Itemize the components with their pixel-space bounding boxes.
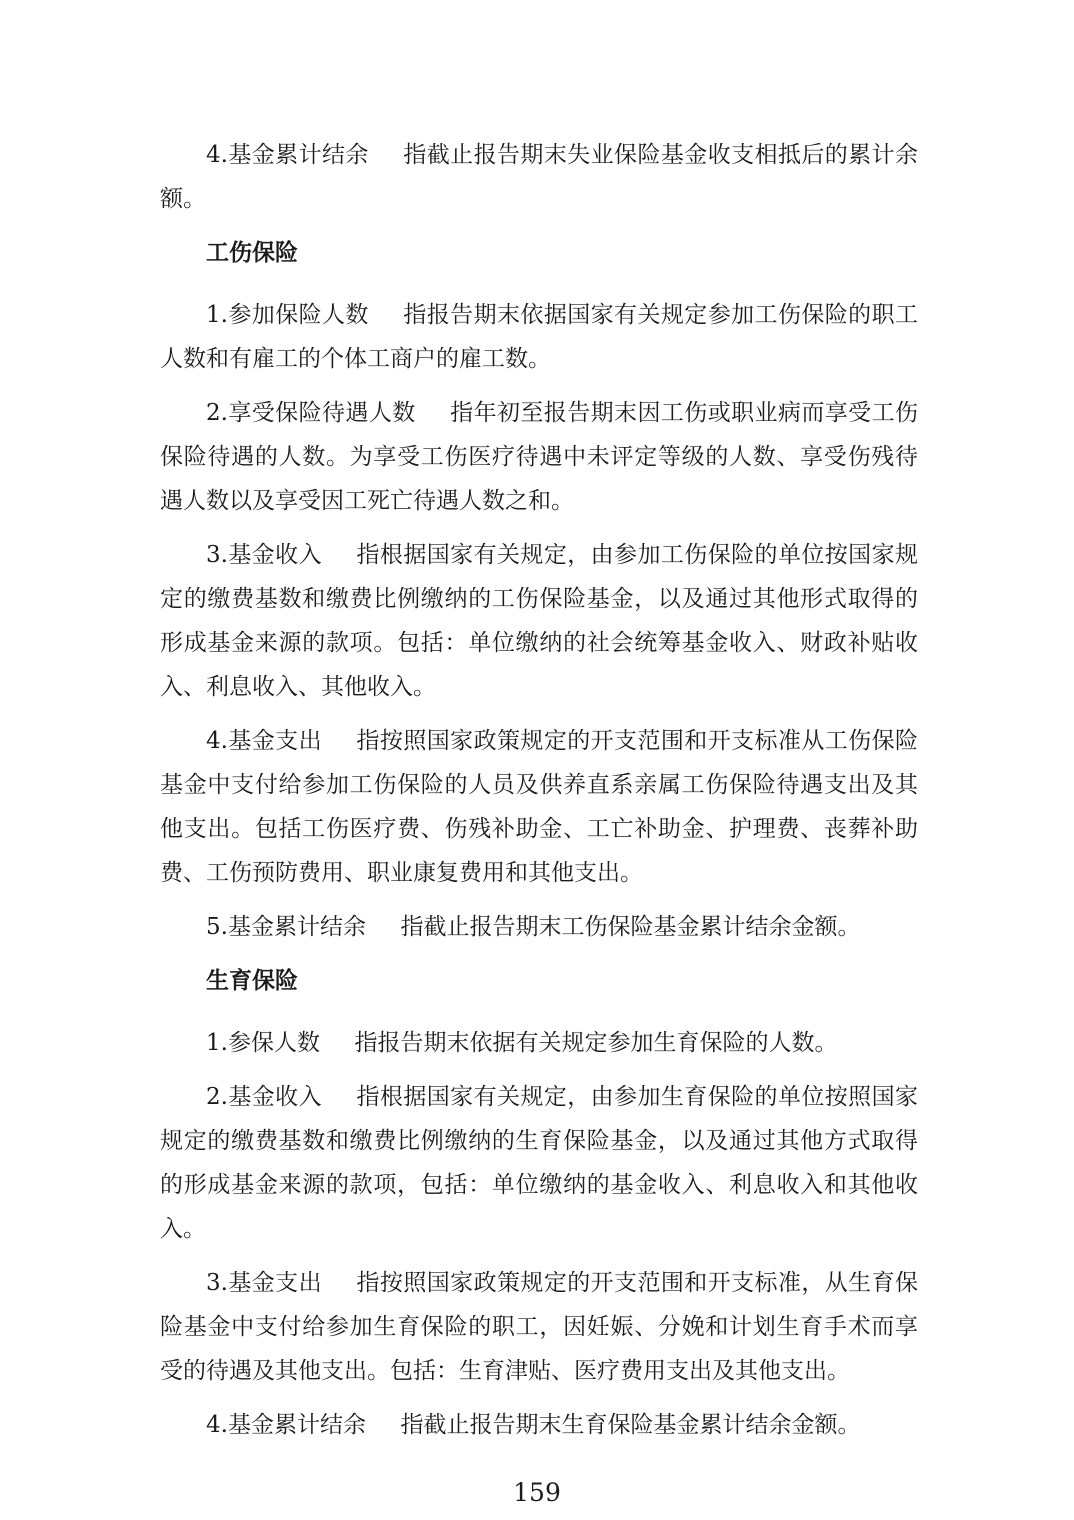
definition-paragraph: 3.基金收入指根据国家有关规定，由参加工伤保险的单位按国家规定的缴费基数和缴费比… (160, 533, 918, 709)
definition-text: 指截止报告期末生育保险基金累计结余金额。 (400, 1412, 860, 1438)
term-label: 5.基金累计结余 (206, 914, 366, 940)
term-label: 1.参加保险人数 (206, 302, 369, 328)
term-label: 3.基金支出 (206, 1270, 322, 1296)
term-label: 4.基金支出 (206, 728, 322, 754)
definition-paragraph: 2.享受保险待遇人数指年初至报告期末因工伤或职业病而享受工伤保险待遇的人数。为享… (160, 391, 918, 523)
term-label: 3.基金收入 (206, 542, 322, 568)
term-label: 4.基金累计结余 (206, 142, 369, 168)
intro-paragraph: 4.基金累计结余指截止报告期末失业保险基金收支相抵后的累计余额。 (160, 133, 918, 221)
definition-text: 指报告期末依据有关规定参加生育保险的人数。 (354, 1030, 837, 1056)
definition-text: 指截止报告期末工伤保险基金累计结余金额。 (400, 914, 860, 940)
definition-paragraph: 4.基金支出指按照国家政策规定的开支范围和开支标准从工伤保险基金中支付给参加工伤… (160, 719, 918, 895)
definition-paragraph: 3.基金支出指按照国家政策规定的开支范围和开支标准，从生育保险基金中支付给参加生… (160, 1261, 918, 1393)
definition-paragraph: 1.参保人数指报告期末依据有关规定参加生育保险的人数。 (160, 1021, 918, 1065)
page: { "page": { "background": "#ffffff", "te… (0, 0, 1074, 1520)
term-label: 2.享受保险待遇人数 (206, 400, 416, 426)
term-label: 2.基金收入 (206, 1084, 322, 1110)
section-heading-maternity-insurance: 生育保险 (160, 959, 918, 1003)
section-heading-work-injury-insurance: 工伤保险 (160, 231, 918, 275)
definition-paragraph: 2.基金收入指根据国家有关规定，由参加生育保险的单位按照国家规定的缴费基数和缴费… (160, 1075, 918, 1251)
document-body: 4.基金累计结余指截止报告期末失业保险基金收支相抵后的累计余额。 工伤保险 1.… (160, 133, 918, 1447)
definition-paragraph: 4.基金累计结余指截止报告期末生育保险基金累计结余金额。 (160, 1403, 918, 1447)
page-number: 159 (0, 1478, 1074, 1507)
term-label: 1.参保人数 (206, 1030, 320, 1056)
definition-paragraph: 1.参加保险人数指报告期末依据国家有关规定参加工伤保险的职工人数和有雇工的个体工… (160, 293, 918, 381)
term-label: 4.基金累计结余 (206, 1412, 366, 1438)
definition-paragraph: 5.基金累计结余指截止报告期末工伤保险基金累计结余金额。 (160, 905, 918, 949)
